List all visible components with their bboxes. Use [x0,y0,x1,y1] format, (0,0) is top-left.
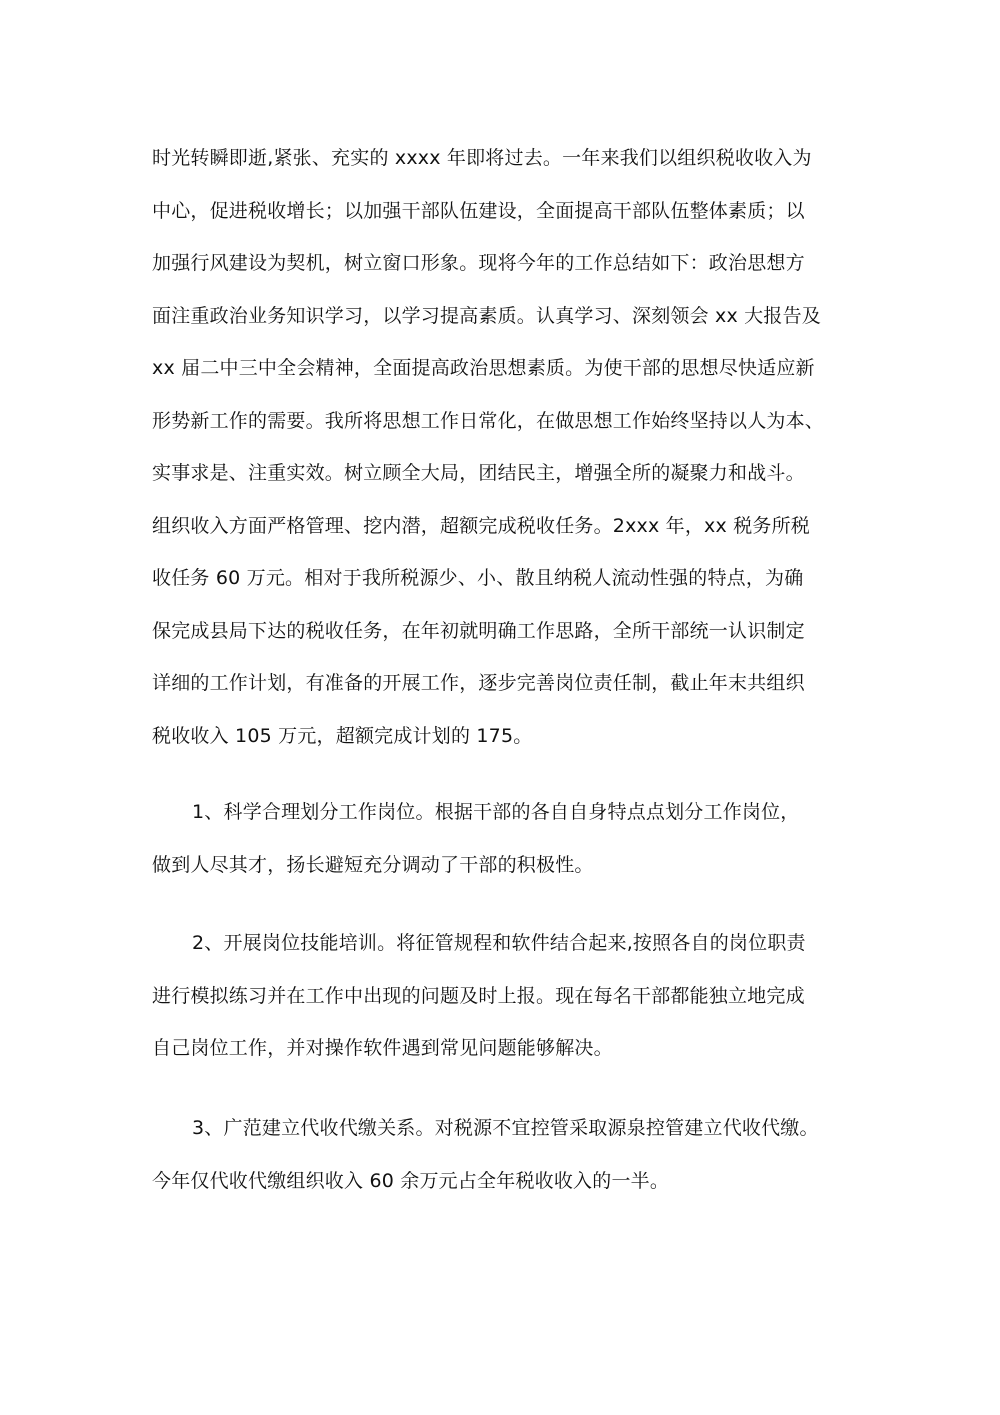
paragraph-intro: 时光转瞬即逝,紧张、充实的 xxxx 年即将过去。一年来我们以组织税收收入为 中… [152,132,862,762]
paragraph-item-2: 2、开展岗位技能培训。将征管规程和软件结合起来,按照各自的岗位职责 进行模拟练习… [152,917,862,1075]
document-page: 时光转瞬即逝,紧张、充实的 xxxx 年即将过去。一年来我们以组织税收收入为 中… [0,0,1000,1415]
text-line: 今年仅代收代缴组织收入 60 余万元占全年税收收入的一半。 [152,1155,862,1208]
text-line: 组织收入方面严格管理、挖内潜，超额完成税收任务。2xxx 年，xx 税务所税 [152,500,862,553]
text-line: 1、科学合理划分工作岗位。根据干部的各自自身特点点划分工作岗位， [152,786,862,839]
text-line: 进行模拟练习并在工作中出现的问题及时上报。现在每名干部都能独立地完成 [152,970,862,1023]
text-line: 做到人尽其才，扬长避短充分调动了干部的积极性。 [152,839,862,892]
text-line: xx 届二中三中全会精神，全面提高政治思想素质。为使干部的思想尽快适应新 [152,342,862,395]
text-line: 详细的工作计划，有准备的开展工作，逐步完善岗位责任制，截止年末共组织 [152,657,862,710]
text-line: 保完成县局下达的税收任务，在年初就明确工作思路，全所干部统一认识制定 [152,605,862,658]
paragraph-item-3: 3、广范建立代收代缴关系。对税源不宜控管采取源泉控管建立代收代缴。 今年仅代收代… [152,1102,862,1207]
text-line: 2、开展岗位技能培训。将征管规程和软件结合起来,按照各自的岗位职责 [152,917,862,970]
paragraph-item-1: 1、科学合理划分工作岗位。根据干部的各自自身特点点划分工作岗位， 做到人尽其才，… [152,786,862,891]
text-line: 形势新工作的需要。我所将思想工作日常化，在做思想工作始终坚持以人为本、 [152,395,862,448]
text-line: 实事求是、注重实效。树立顾全大局，团结民主，增强全所的凝聚力和战斗。 [152,447,862,500]
text-line: 税收收入 105 万元，超额完成计划的 175。 [152,710,862,763]
text-line: 加强行风建设为契机，树立窗口形象。现将今年的工作总结如下：政治思想方 [152,237,862,290]
text-line: 收任务 60 万元。相对于我所税源少、小、散且纳税人流动性强的特点，为确 [152,552,862,605]
text-line: 自己岗位工作，并对操作软件遇到常见问题能够解决。 [152,1022,862,1075]
text-line: 中心，促进税收增长；以加强干部队伍建设，全面提高干部队伍整体素质；以 [152,185,862,238]
text-line: 3、广范建立代收代缴关系。对税源不宜控管采取源泉控管建立代收代缴。 [152,1102,862,1155]
text-line: 面注重政治业务知识学习，以学习提高素质。认真学习、深刻领会 xx 大报告及 [152,290,862,343]
text-line: 时光转瞬即逝,紧张、充实的 xxxx 年即将过去。一年来我们以组织税收收入为 [152,132,862,185]
